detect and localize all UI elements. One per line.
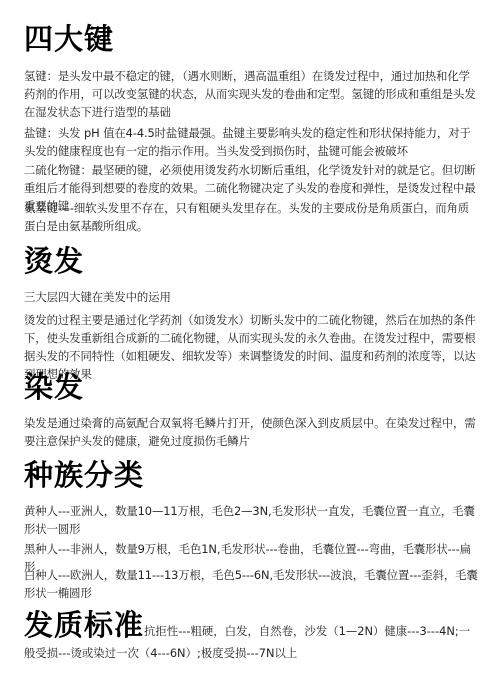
paragraph-perm: 烫发的过程主要是通过化学药剂（如烫发水）切断头发中的二硫化物键，然后在加热的条件… bbox=[24, 311, 478, 383]
heading-four-bonds: 四大键 bbox=[24, 22, 114, 56]
perm-subtitle: 三大层四大键在美发中的运用 bbox=[24, 288, 478, 306]
heading-hair-quality: 发质标准 bbox=[24, 608, 144, 642]
paragraph-white-race: 白种人---欧洲人，数量11---13万根，毛色5---6N,毛发形状---波浪… bbox=[24, 566, 478, 602]
document-page: 四大键 氢键：是头发中最不稳定的键，（遇水则断，遇高温重组）在烫发过程中，通过加… bbox=[0, 0, 500, 688]
paragraph-dye: 染发是通过染膏的高氨配合双氧将毛鳞片打开，使颜色深入到皮质层中。在染发过程中，需… bbox=[24, 414, 478, 450]
heading-perm: 烫发 bbox=[24, 244, 84, 278]
paragraph-hydrogen-bond: 氢键：是头发中最不稳定的键，（遇水则断，遇高温重组）在烫发过程中，通过加热和化学… bbox=[24, 67, 478, 121]
quality-block: 发质标准抗拒性---粗硬，白发，自然卷，沙发（1—2N）健康---3---4N;… bbox=[24, 608, 478, 664]
paragraph-amino-bond: 氨基键----细软头发里不存在，只有粗硬头发里存在。头发的主要成份是角质蛋白，而… bbox=[24, 199, 478, 235]
heading-race: 种族分类 bbox=[24, 458, 144, 492]
paragraph-salt-bond: 盐键：头发 pH 值在4-4.5时盐键最强。盐键主要影响头发的稳定性和形状保持能… bbox=[24, 124, 478, 160]
heading-dye: 染发 bbox=[24, 370, 84, 404]
paragraph-yellow-race: 黄种人---亚洲人，数量10—11万根，毛色2—3N,毛发形状一直发，毛囊位置一… bbox=[24, 502, 478, 538]
